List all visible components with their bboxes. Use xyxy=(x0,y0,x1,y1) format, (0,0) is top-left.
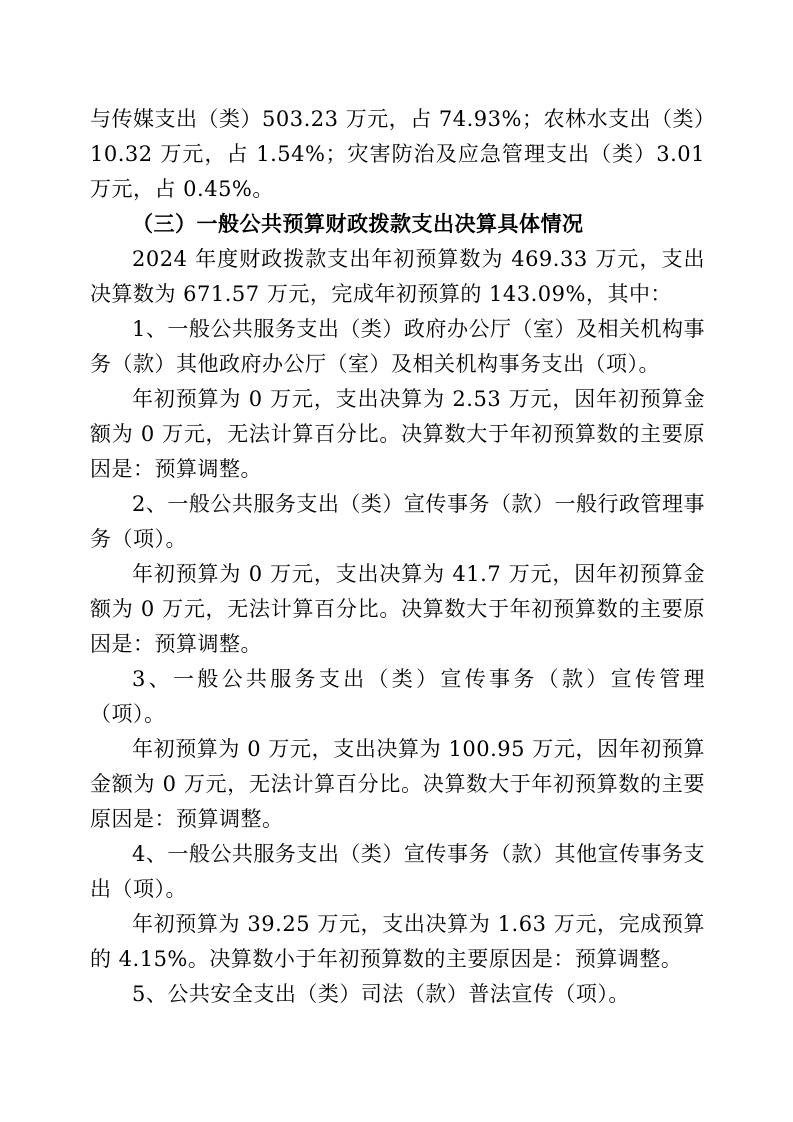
paragraph-budget-overview: 2024 年度财政拨款支出年初预算数为 469.33 万元，支出决算数为 671… xyxy=(90,242,705,312)
paragraph-item-4-title: 4、一般公共服务支出（类）宣传事务（款）其他宣传事务支出（项）。 xyxy=(90,837,705,907)
document-page: 与传媒支出（类）503.23 万元，占 74.93%；农林水支出（类）10.32… xyxy=(0,0,793,1122)
paragraph-item-2-title: 2、一般公共服务支出（类）宣传事务（款）一般行政管理事务（项）。 xyxy=(90,487,705,557)
paragraph-item-3-detail: 年初预算为 0 万元，支出决算为 100.95 万元，因年初预算金额为 0 万元… xyxy=(90,732,705,837)
paragraph-item-1-detail: 年初预算为 0 万元，支出决算为 2.53 万元，因年初预算金额为 0 万元，无… xyxy=(90,382,705,487)
document-body: 与传媒支出（类）503.23 万元，占 74.93%；农林水支出（类）10.32… xyxy=(90,102,705,1012)
paragraph-item-3-title: 3、一般公共服务支出（类）宣传事务（款）宣传管理（项）。 xyxy=(90,662,705,732)
paragraph-expenditure-breakdown-continuation: 与传媒支出（类）503.23 万元，占 74.93%；农林水支出（类）10.32… xyxy=(90,102,705,207)
paragraph-item-5-title: 5、公共安全支出（类）司法（款）普法宣传（项）。 xyxy=(90,977,705,1012)
paragraph-item-2-detail: 年初预算为 0 万元，支出决算为 41.7 万元，因年初预算金额为 0 万元，无… xyxy=(90,557,705,662)
paragraph-item-1-title: 1、一般公共服务支出（类）政府办公厅（室）及相关机构事务（款）其他政府办公厅（室… xyxy=(90,312,705,382)
section-heading-general-public-budget-expenditure-details: （三）一般公共预算财政拨款支出决算具体情况 xyxy=(90,207,705,242)
paragraph-item-4-detail: 年初预算为 39.25 万元，支出决算为 1.63 万元，完成预算的 4.15%… xyxy=(90,907,705,977)
